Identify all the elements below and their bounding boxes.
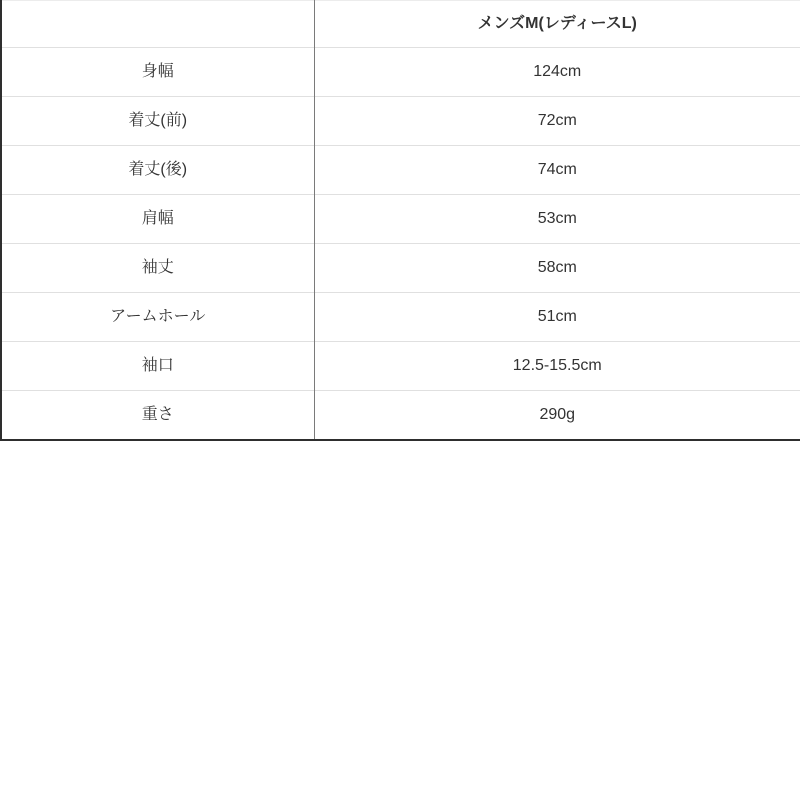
row-value-cell: 51cm: [314, 293, 800, 342]
size-chart-body: 身幅124cm着丈(前)72cm着丈(後)74cm肩幅53cm袖丈58cmアーム…: [1, 48, 800, 440]
header-row: メンズM(レディースL): [1, 1, 800, 48]
row-value-cell: 72cm: [314, 97, 800, 146]
table-row: 袖丈58cm: [1, 244, 800, 293]
table-row: 身幅124cm: [1, 48, 800, 97]
table-row: 着丈(後)74cm: [1, 146, 800, 195]
row-value-cell: 290g: [314, 391, 800, 440]
table-row: アームホール51cm: [1, 293, 800, 342]
row-value-cell: 12.5-15.5cm: [314, 342, 800, 391]
row-value-cell: 74cm: [314, 146, 800, 195]
size-chart-table: メンズM(レディースL) 身幅124cm着丈(前)72cm着丈(後)74cm肩幅…: [0, 0, 800, 441]
row-label-cell: アームホール: [1, 293, 314, 342]
row-value-cell: 124cm: [314, 48, 800, 97]
table-row: 袖口12.5-15.5cm: [1, 342, 800, 391]
table-row: 着丈(前)72cm: [1, 97, 800, 146]
header-size-cell: メンズM(レディースL): [314, 1, 800, 48]
header-empty-cell: [1, 1, 314, 48]
row-label-cell: 袖丈: [1, 244, 314, 293]
table-row: 肩幅53cm: [1, 195, 800, 244]
row-label-cell: 重さ: [1, 391, 314, 440]
row-label-cell: 袖口: [1, 342, 314, 391]
table-row: 重さ290g: [1, 391, 800, 440]
row-label-cell: 着丈(後): [1, 146, 314, 195]
page: メンズM(レディースL) 身幅124cm着丈(前)72cm着丈(後)74cm肩幅…: [0, 0, 800, 800]
row-label-cell: 肩幅: [1, 195, 314, 244]
row-label-cell: 着丈(前): [1, 97, 314, 146]
row-value-cell: 58cm: [314, 244, 800, 293]
row-value-cell: 53cm: [314, 195, 800, 244]
row-label-cell: 身幅: [1, 48, 314, 97]
